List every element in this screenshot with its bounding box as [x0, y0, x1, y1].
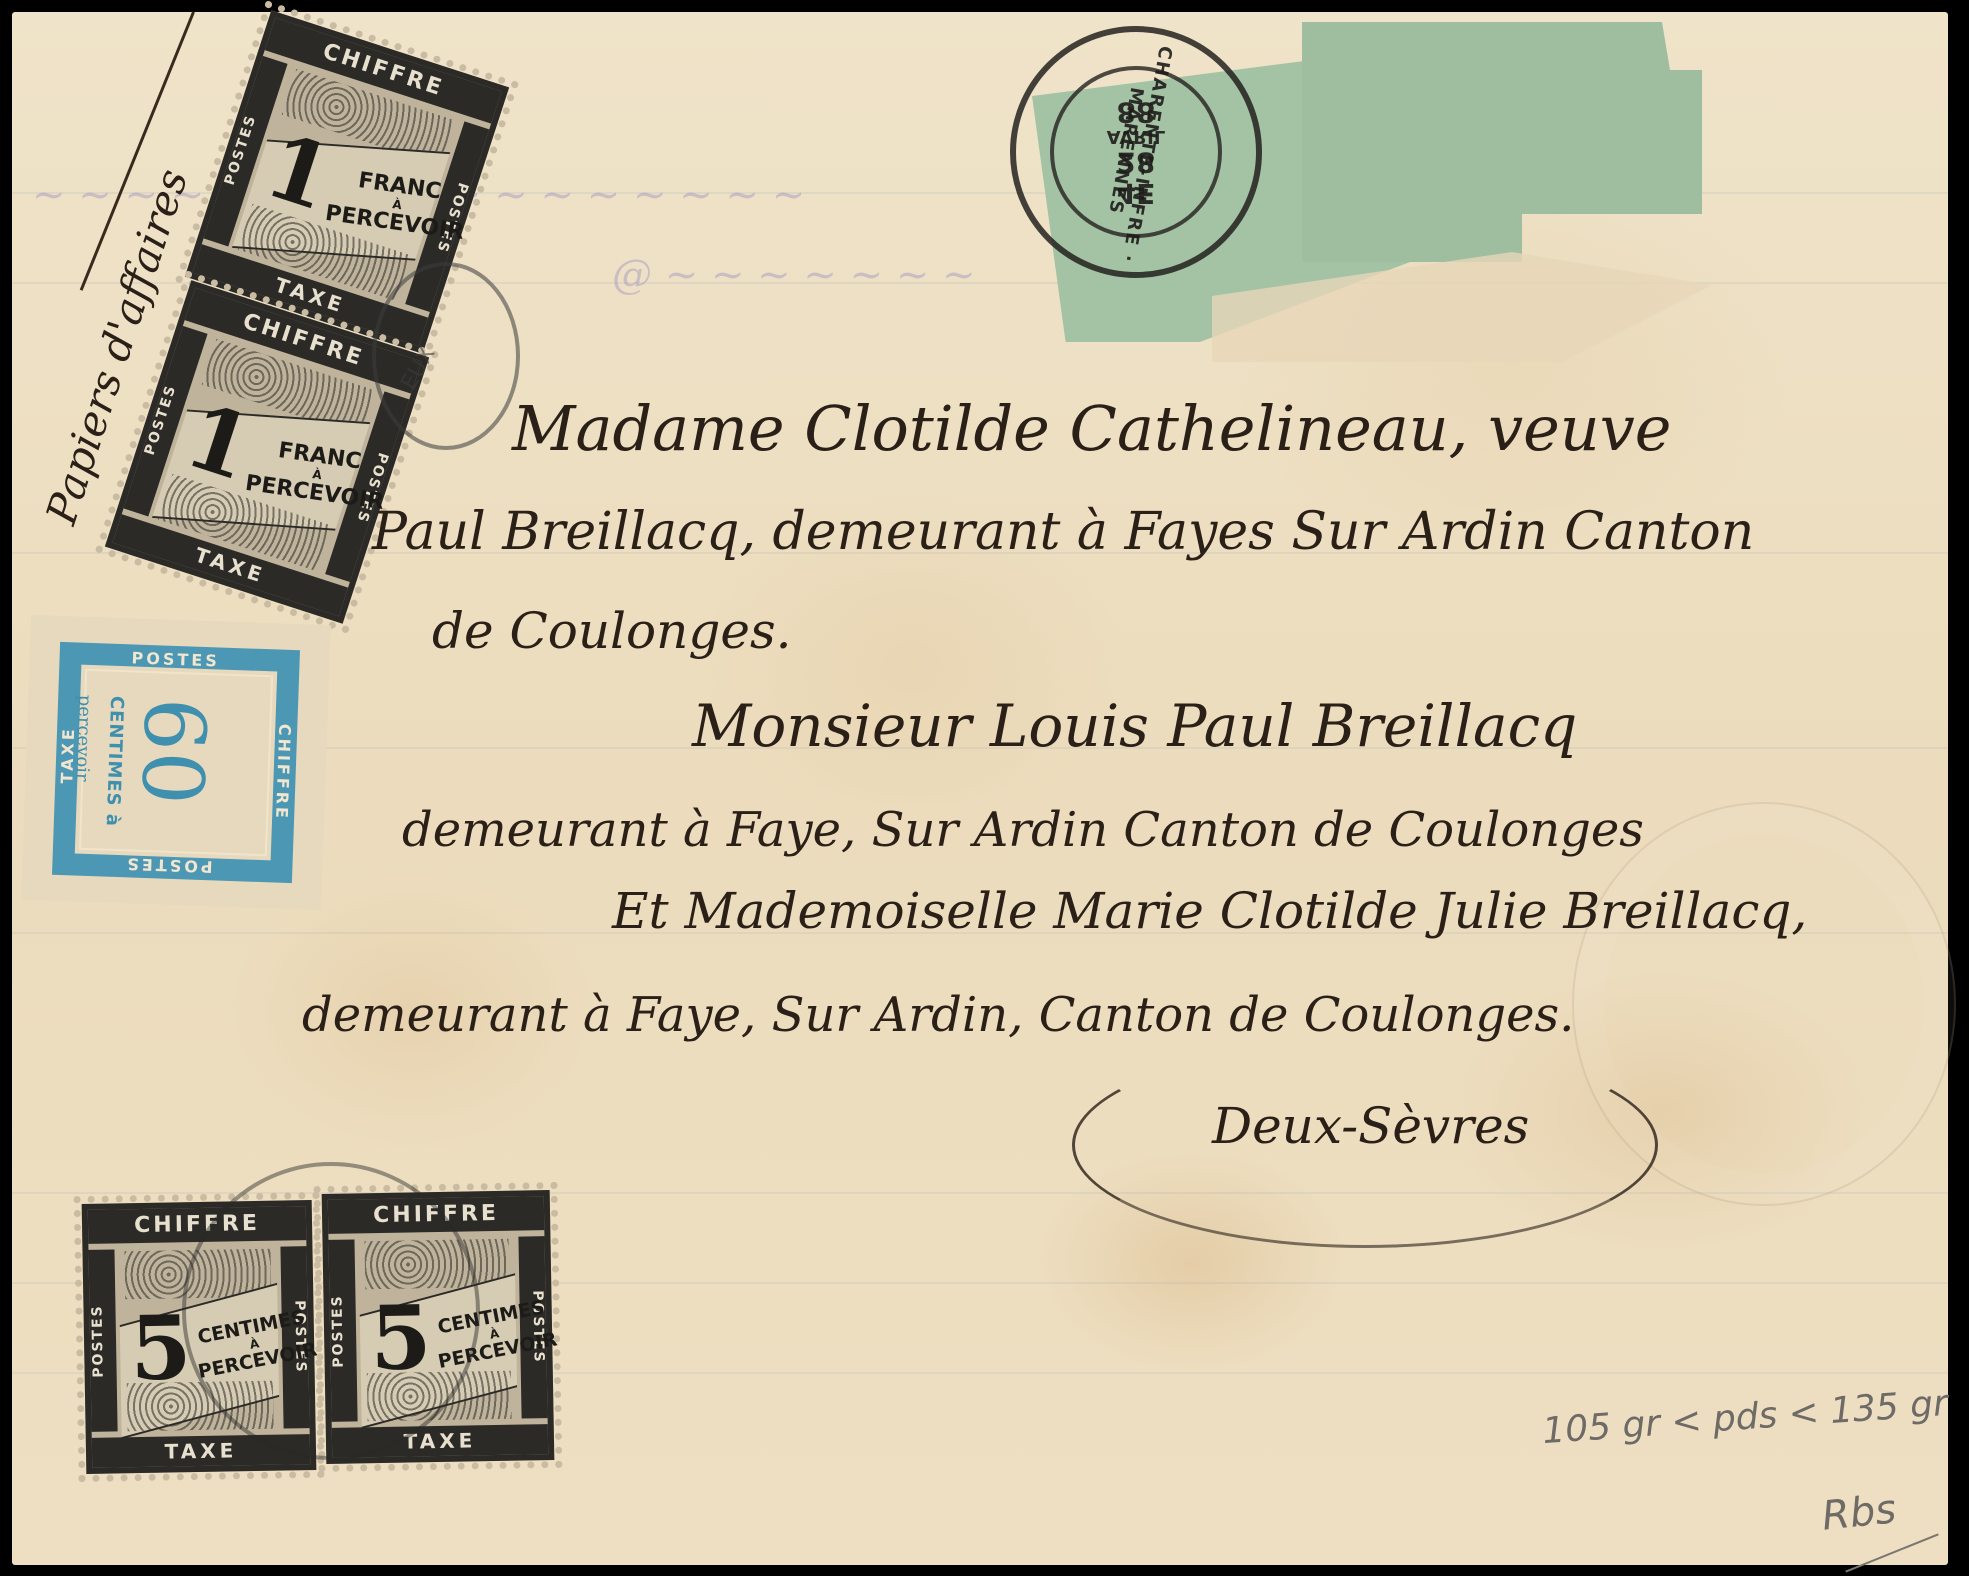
address-line-3: de Coulonges. — [432, 602, 792, 660]
secondary-postmark: EUX — [372, 262, 520, 450]
faint-postmark-over-5c — [182, 1162, 480, 1460]
address-line-2: Paul Breillacq, demeurant à Fayes Sur Ar… — [372, 502, 1754, 562]
department-flourish — [1072, 1042, 1658, 1248]
stamp-label-right: CHIFFRE — [272, 723, 294, 821]
stamp-side-left: POSTES — [88, 1249, 117, 1431]
postmark-date: 4E 28 AVRIL 88 — [1107, 96, 1166, 208]
postmark-marennes: CHARENTE-INFRE · MARENNES 4E 28 AVRIL 88 — [1010, 26, 1262, 278]
stamp-text-percevoir: percevoir — [71, 694, 95, 782]
address-line-4: Monsieur Louis Paul Breillacq — [692, 692, 1577, 760]
address-line-7: demeurant à Faye, Sur Ardin, Canton de C… — [302, 987, 1574, 1043]
pencil-signature: Rbs — [1820, 1486, 1898, 1539]
address-line-1: Madame Clotilde Cathelineau, veuve — [512, 392, 1671, 465]
address-line-6: Et Mademoiselle Marie Clotilde Julie Bre… — [612, 882, 1807, 940]
stamp-value: 60 — [130, 696, 218, 806]
secondary-postmark-text: EUX — [396, 343, 440, 395]
postal-cover: ~ ~ ~ ~ ~ ~ ~ ~ ~ ~ ~ ~ ~ ~ ~ ~ ~ @ ~ ~ … — [12, 12, 1948, 1565]
stamp-label-bottom: POSTES — [124, 854, 213, 876]
address-line-5: demeurant à Faye, Sur Ardin Canton de Co… — [402, 802, 1644, 858]
pencil-weight-note: 105 gr < pds < 135 gr — [1541, 1383, 1949, 1452]
pencil-stroke — [1845, 1533, 1938, 1572]
stamp-label-top: POSTES — [131, 648, 220, 670]
postage-due-stamp-60-centimes: POSTES POSTES TAXE CHIFFRE percevoir CEN… — [21, 615, 331, 910]
bleed-through-writing: @ ~ ~ ~ ~ ~ ~ ~ — [612, 252, 976, 298]
green-stamp-strip — [1302, 22, 1702, 262]
